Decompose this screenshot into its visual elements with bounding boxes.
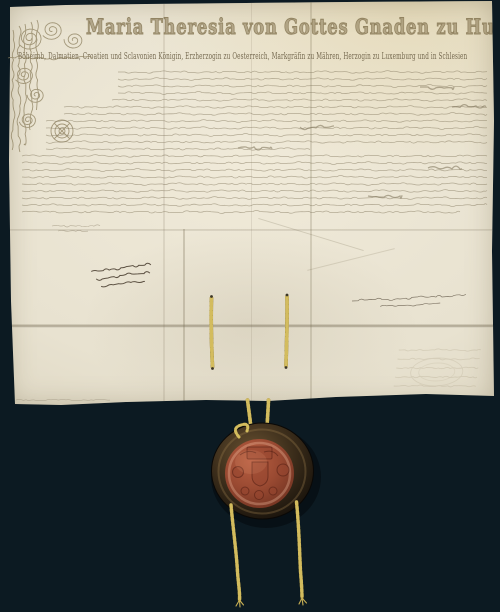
cord-left-tail [231,505,240,600]
coat-of-arms-relief [233,447,290,500]
cord-frayed-ends [236,598,307,607]
seal-cord-upper-left [248,400,252,433]
cord-right-tail [297,502,303,598]
document-subtitle-line: Böheimb, Dalmatien, Croatien und Sclavon… [18,52,467,62]
document-title-line: Maria Theresia von Gottes Gnaden zu Hung… [86,14,401,56]
pendent-seal [211,423,321,528]
wax-highlight [235,450,267,474]
seal-cord-loop [235,424,247,437]
photograph-background: Maria Theresia von Gottes Gnaden zu Hung… [0,0,500,612]
wax-rim-ring [229,443,290,504]
wax-seal [225,439,294,508]
seal-cord-upper-right [267,400,269,436]
parchment-document: Maria Theresia von Gottes Gnaden zu Hung… [6,1,495,407]
seal-capsule [212,423,314,519]
capsule-rim [219,430,306,514]
seal-shadow [211,426,321,528]
